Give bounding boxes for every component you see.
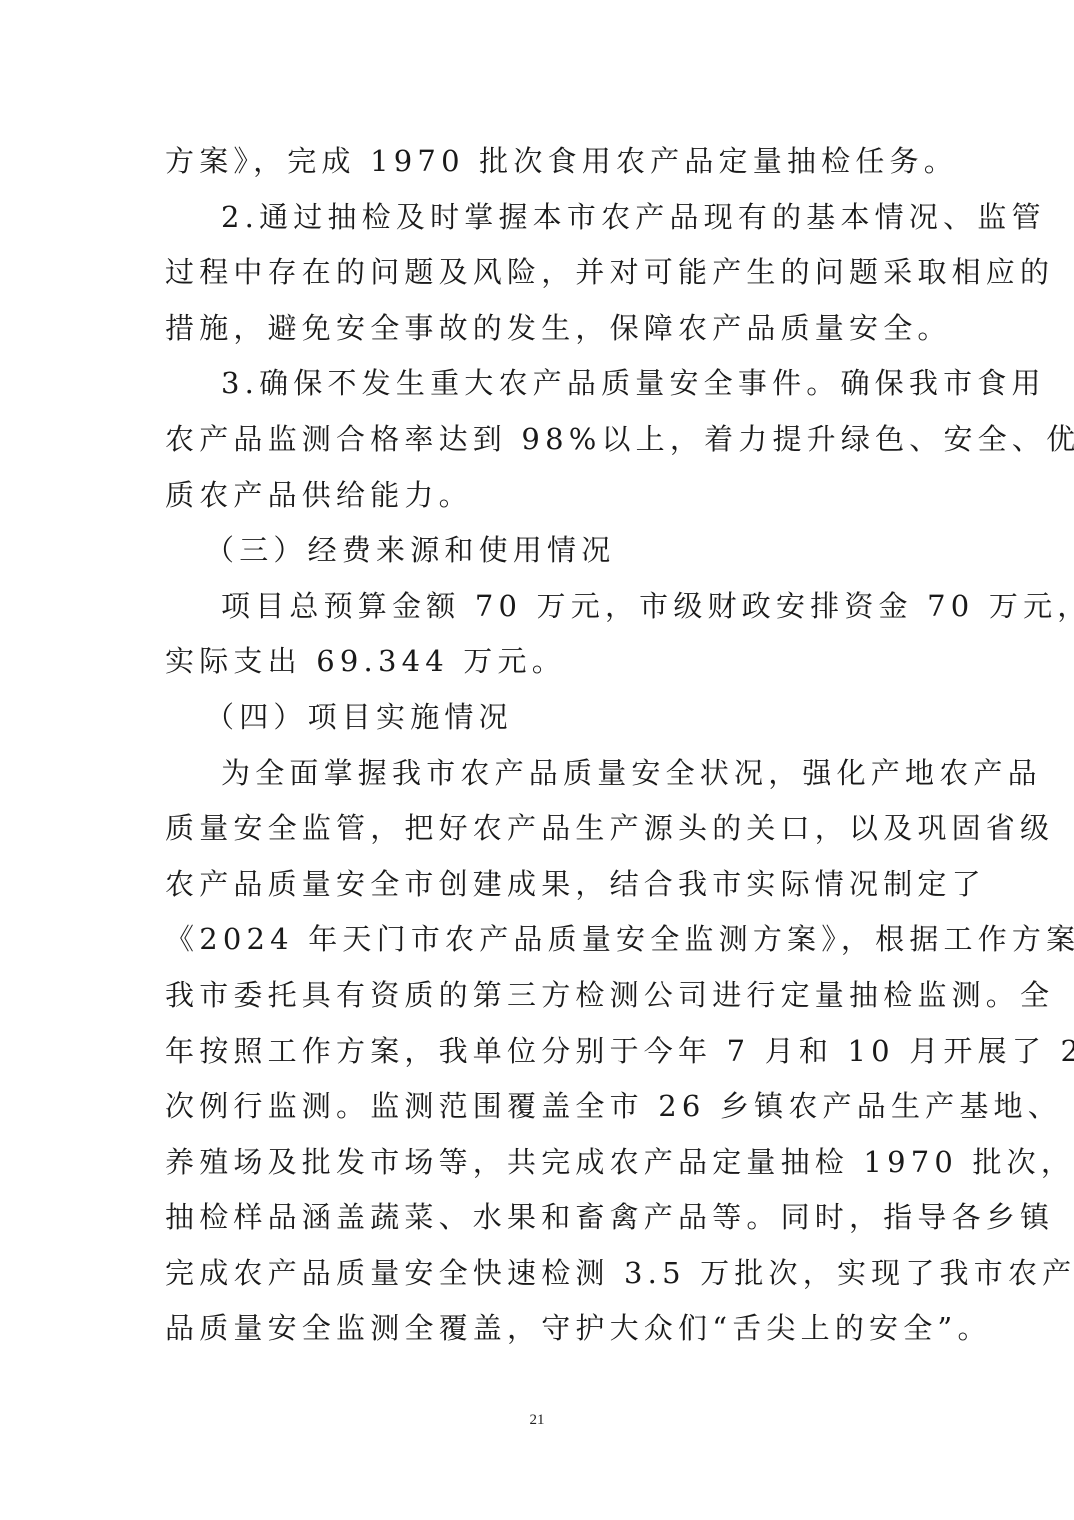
text-line-item-2: 2.通过抽检及时掌握本市农产品现有的基本情况、监管 — [165, 190, 915, 246]
text-line: 抽检样品涵盖蔬菜、水果和畜禽产品等。同时，指导各乡镇 — [165, 1190, 915, 1246]
section-heading-implementation: （四）项目实施情况 — [165, 690, 915, 746]
text-line: 完成农产品质量安全快速检测 3.5 万批次，实现了我市农产 — [165, 1246, 915, 1302]
text-line: 《2024 年天门市农产品质量安全监测方案》，根据工作方案， — [165, 912, 915, 968]
text-line: 次例行监测。监测范围覆盖全市 26 乡镇农产品生产基地、 — [165, 1079, 915, 1135]
body-text: 方案》，完成 1970 批次食用农产品定量抽检任务。 2.通过抽检及时掌握本市农… — [165, 134, 915, 1357]
text-line: 农产品监测合格率达到 98%以上，着力提升绿色、安全、优 — [165, 412, 915, 468]
text-line: 养殖场及批发市场等，共完成农产品定量抽检 1970 批次， — [165, 1135, 915, 1191]
text-line: 年按照工作方案，我单位分别于今年 7 月和 10 月开展了 2 — [165, 1024, 915, 1080]
text-line: 过程中存在的问题及风险，并对可能产生的问题采取相应的 — [165, 245, 915, 301]
text-line: 品质量安全监测全覆盖，守护大众们“舌尖上的安全”。 — [165, 1301, 915, 1357]
text-line: 质农产品供给能力。 — [165, 468, 915, 524]
text-line: 质量安全监管，把好农产品生产源头的关口，以及巩固省级 — [165, 801, 915, 857]
text-line: 方案》，完成 1970 批次食用农产品定量抽检任务。 — [165, 134, 915, 190]
text-line: 农产品质量安全市创建成果，结合我市实际情况制定了 — [165, 857, 915, 913]
page-number: 21 — [0, 1412, 1074, 1429]
text-line-budget: 项目总预算金额 70 万元，市级财政安排资金 70 万元， — [165, 579, 915, 635]
section-heading-funding: （三）经费来源和使用情况 — [165, 523, 915, 579]
text-line-item-3: 3.确保不发生重大农产品质量安全事件。确保我市食用 — [165, 356, 915, 412]
text-line: 实际支出 69.344 万元。 — [165, 634, 915, 690]
text-line-implementation: 为全面掌握我市农产品质量安全状况，强化产地农产品 — [165, 746, 915, 802]
document-page: 方案》，完成 1970 批次食用农产品定量抽检任务。 2.通过抽检及时掌握本市农… — [0, 0, 1074, 1520]
text-line: 措施，避免安全事故的发生，保障农产品质量安全。 — [165, 301, 915, 357]
text-line: 我市委托具有资质的第三方检测公司进行定量抽检监测。全 — [165, 968, 915, 1024]
